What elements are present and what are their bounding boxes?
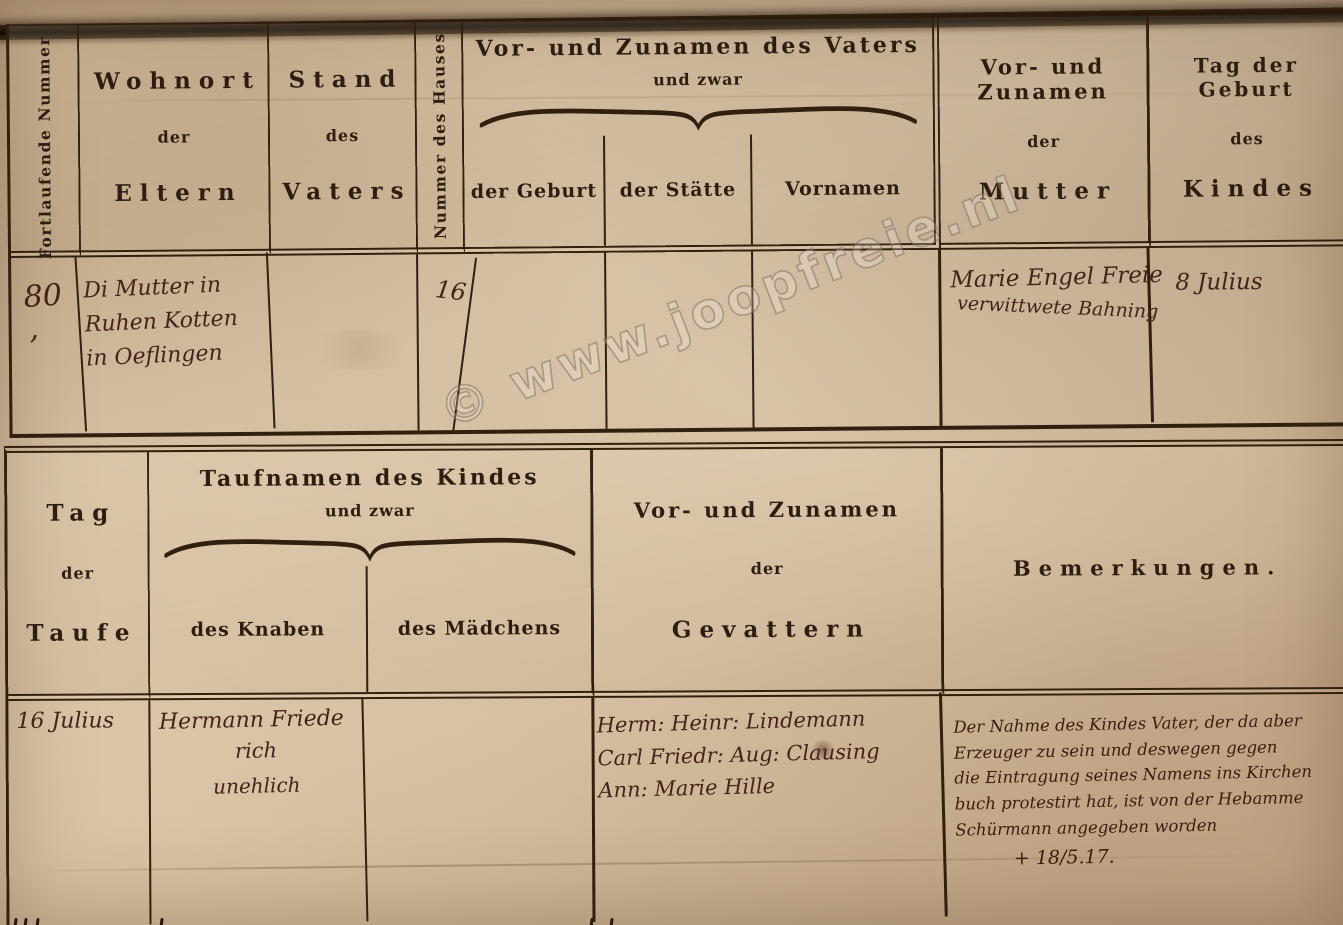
header-tag-geburt-line3: Kindes	[1175, 175, 1320, 203]
header-wohnort-line3: Eltern	[106, 179, 243, 207]
header-gevattern-line1: Vor- und Zunamen	[634, 496, 900, 522]
header-bemerkungen-label: Bemerkungen.	[1005, 554, 1283, 580]
header-stand-line1: Stand	[280, 66, 403, 94]
header-wohnort-line1: Wohnort	[86, 67, 261, 96]
header-wohnort-line2: der	[158, 127, 191, 146]
header-mutter-line1: Vor- und Zunamen	[943, 53, 1142, 105]
header-hausnummer: Nummer des Hauses	[416, 22, 465, 254]
header-mutter: Vor- und Zunamen der Mutter	[939, 16, 1151, 250]
header-mutter-line2: der	[1027, 131, 1060, 150]
header-hausnummer-label: Nummer des Hauses	[429, 32, 450, 239]
cell-taufname-maedchen	[365, 698, 595, 923]
header-taufnamen-group: Taufnamen des Kindes und zwar des Knaben…	[149, 450, 594, 700]
header-taufnamen-sub-knabe-label: des Knaben	[191, 618, 326, 641]
brace-decoration	[163, 527, 578, 563]
taufname-line: Hermann Friede	[159, 704, 353, 739]
header-tag-geburt-line1: Tag der Geburt	[1153, 52, 1339, 102]
header-gevattern: Vor- und Zunamen der Gevattern	[593, 448, 944, 698]
header-wohnort: Wohnort der Eltern	[79, 24, 271, 258]
cell-vater-geburt	[465, 253, 608, 430]
header-vater-sub-geburt-label: der Geburt	[471, 180, 597, 203]
cell-gevattern: Herm: Heinr: Lindemann Carl Friedr: Aug:…	[592, 692, 948, 925]
header-gevattern-line3: Gevattern	[664, 615, 871, 643]
cell-bemerkungen: Der Nahme des Kindes Vater, der da aber …	[943, 691, 1343, 923]
header-gevattern-line2: der	[751, 559, 784, 578]
header-tag-geburt-line2: des	[1230, 129, 1264, 148]
header-taufnamen-title: Taufnamen des Kindes	[200, 464, 540, 492]
header-stand-line3: Vaters	[274, 177, 411, 205]
header-fortlaufende-nummer-label: Fortlaufende Nummer	[34, 36, 55, 260]
entry-number-flourish: ,	[28, 314, 39, 345]
wohnort-line: in Oeflingen	[86, 335, 261, 377]
header-taufnamen-subtitle: und zwar	[325, 501, 415, 520]
header-mutter-line3: Mutter	[971, 177, 1117, 205]
header-vater-sub-staette: der Stätte	[605, 134, 753, 245]
header-stand: Stand des Vaters	[269, 22, 418, 255]
taufname-line: unehlich	[160, 770, 354, 802]
register-page-scan: Fortlaufende Nummer Wohnort der Eltern S…	[0, 0, 1343, 925]
header-taufnamen-sub-knabe: des Knaben	[150, 566, 369, 693]
cell-vater-vornamen	[753, 250, 943, 428]
cell-vater-staette	[606, 251, 755, 428]
brace-decoration	[478, 95, 919, 133]
header-vater-sub-geburt: der Geburt	[464, 136, 606, 247]
header-tag-geburt: Tag der Geburt des Kindes	[1149, 14, 1343, 248]
bemerkungen-date-mark: + 18/5.17.	[1014, 838, 1343, 874]
cell-stand	[271, 254, 420, 431]
cell-tag-taufe: 16 Julius	[8, 700, 151, 925]
header-stand-line2: des	[326, 126, 360, 145]
cell-laufende-nummer: 80 ,	[7, 256, 88, 436]
header-vater-title: Vor- und Zunamen des Vaters	[475, 32, 919, 62]
cell-mutter: Marie Engel Freie verwittwete Bahning	[940, 246, 1155, 427]
baptism-table: Tag der Taufe Taufnamen des Kindes und z…	[4, 439, 1343, 925]
birth-table: Fortlaufende Nummer Wohnort der Eltern S…	[6, 12, 1343, 438]
cell-tag-geburt: 8 Julius	[1151, 246, 1343, 424]
header-vater-subtitle: und zwar	[653, 70, 743, 90]
header-vater-group: Vor- und Zunamen des Vaters und zwar der…	[463, 18, 941, 254]
cell-wohnort: Di Mutter in Ruhen Kotten in Oeflingen	[78, 252, 275, 436]
header-vater-sub-staette-label: der Stätte	[620, 179, 737, 202]
header-bemerkungen: Bemerkungen.	[943, 446, 1343, 696]
cell-taufname-knabe: Hermann Friede rich unehlich	[148, 697, 368, 925]
header-fortlaufende-nummer: Fortlaufende Nummer	[9, 25, 81, 258]
header-tag-taufe-line3: Taufe	[18, 619, 137, 647]
taufname-line: rich	[159, 734, 353, 768]
header-vater-sub-vornamen: Vornamen	[752, 133, 934, 245]
header-tag-taufe: Tag der Taufe	[7, 452, 150, 701]
mutter-line: verwittwete Bahning	[957, 292, 1159, 323]
header-tag-taufe-line1: Tag	[38, 499, 116, 526]
header-taufnamen-sub-maedchen-label: des Mädchens	[398, 617, 561, 640]
header-tag-taufe-line2: der	[61, 564, 94, 583]
entry-number: 80	[23, 281, 63, 313]
cutoff-stroke	[589, 918, 593, 925]
header-taufnamen-sub-maedchen: des Mädchens	[368, 565, 592, 692]
header-vater-sub-vornamen-label: Vornamen	[785, 177, 901, 200]
